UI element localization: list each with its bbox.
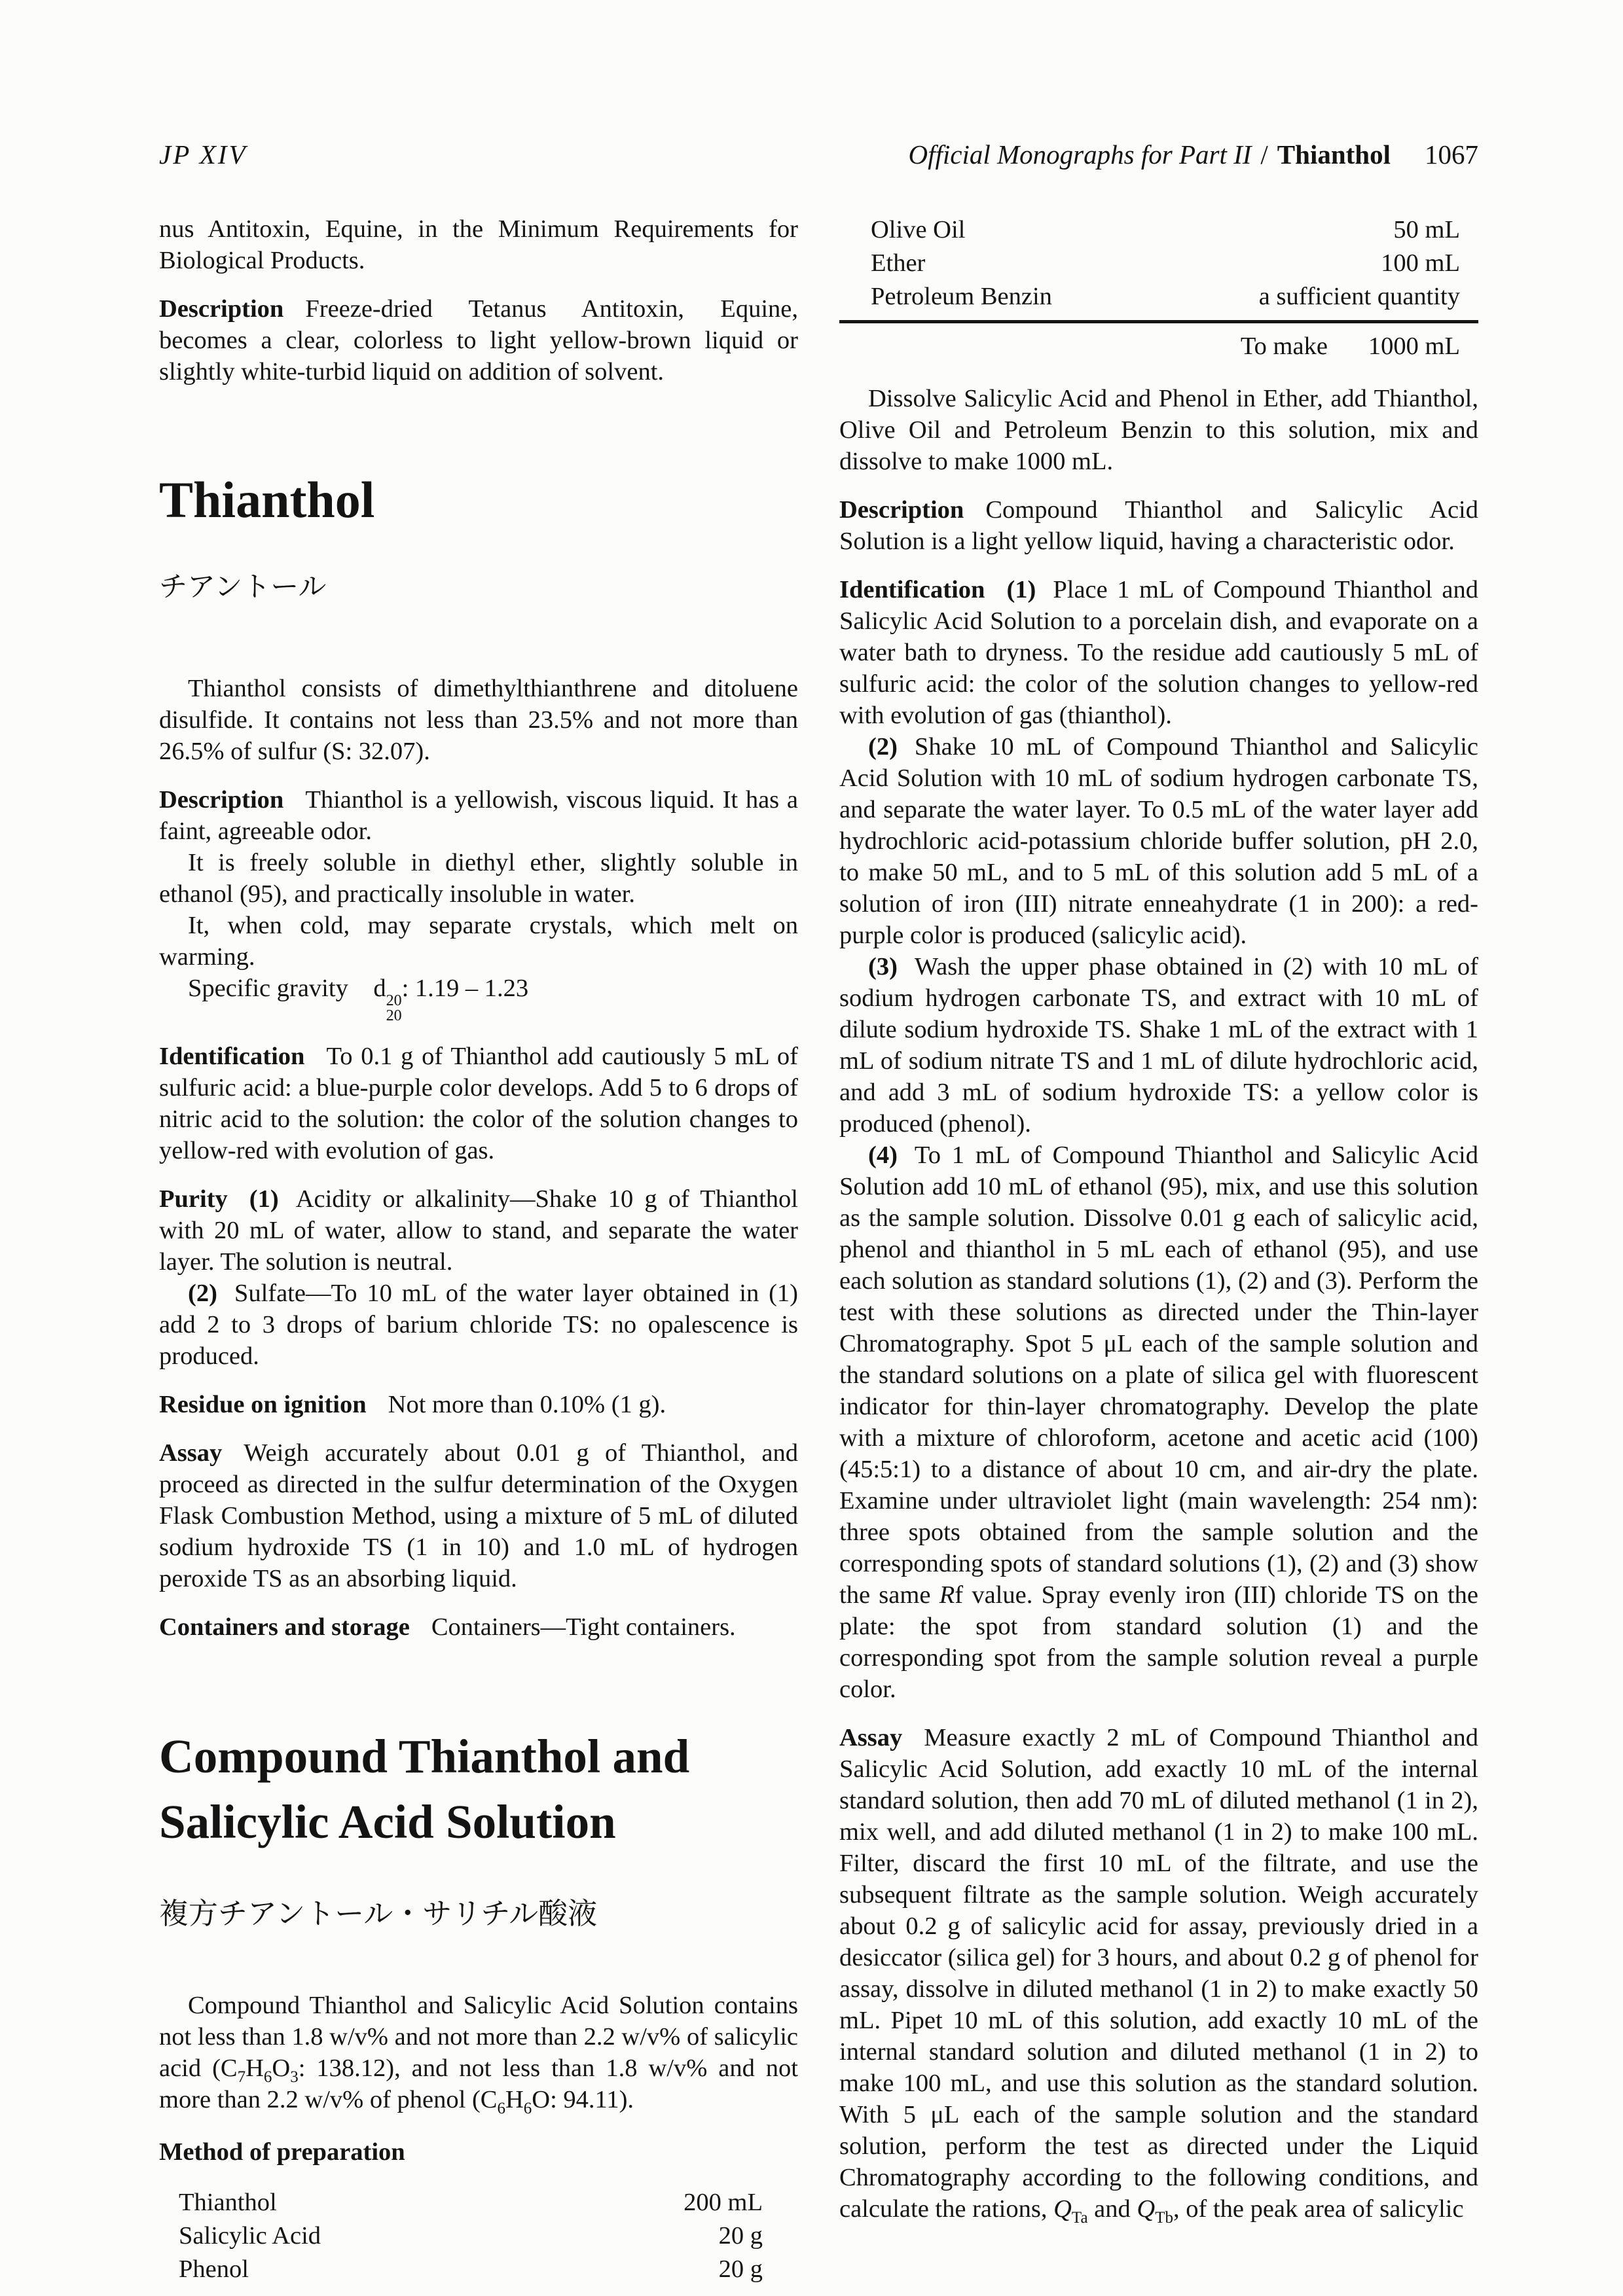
ingredient-name: Phenol	[159, 2253, 249, 2286]
to-make-label: To make	[1241, 330, 1328, 363]
running-title-text: Official Monographs for Part II	[909, 139, 1252, 170]
ingredient-name: Petroleum Benzin	[839, 280, 1052, 314]
continuation-paragraph: nus Antitoxin, Equine, in the Minimum Re…	[159, 213, 798, 276]
compound-description-section: DescriptionCompound Thianthol and Salicy…	[839, 494, 1478, 557]
section-text: Not more than 0.10% (1 g).	[388, 1391, 666, 1418]
thianthol-description-p2: It is freely soluble in diethyl ether, s…	[159, 847, 798, 910]
ingredient-row: Thianthol 200 mL	[159, 2186, 798, 2219]
dissolve-paragraph: Dissolve Salicylic Acid and Phenol in Et…	[839, 383, 1478, 477]
ingredient-quantity: 50 mL	[1393, 213, 1478, 247]
ingredient-row: Salicylic Acid 20 g	[159, 2219, 798, 2253]
section-label-assay: Assay	[839, 1724, 902, 1751]
tetanus-description-section: DescriptionFreeze-dried Tetanus Antitoxi…	[159, 293, 798, 387]
section-label-description: Description	[839, 496, 964, 524]
thianthol-identification-section: IdentificationTo 0.1 g of Thianthol add …	[159, 1041, 798, 1166]
section-label-assay: Assay	[159, 1439, 222, 1467]
ingredient-name: Olive Oil	[839, 213, 965, 247]
section-text: Weigh accurately about 0.01 g of Thianth…	[159, 1439, 798, 1592]
to-make-quantity: 1000 mL	[1368, 330, 1460, 363]
page-number: 1067	[1425, 139, 1478, 170]
residue-on-ignition-section: Residue on ignitionNot more than 0.10% (…	[159, 1389, 798, 1420]
section-text: Containers—Tight containers.	[431, 1613, 736, 1641]
thianthol-assay-section: AssayWeigh accurately about 0.01 g of Th…	[159, 1437, 798, 1594]
thianthol-description-section: DescriptionThianthol is a yellowish, vis…	[159, 784, 798, 847]
journal-edition: JP XIV	[159, 139, 247, 170]
ingredient-name: Thianthol	[159, 2186, 277, 2219]
identification-item-2: (2)Shake 10 mL of Compound Thianthol and…	[839, 731, 1478, 951]
specific-gravity-line: Specific gravity d2020: 1.19 – 1.23	[159, 973, 798, 1024]
column-left: nus Antitoxin, Equine, in the Minimum Re…	[159, 213, 798, 2286]
identification-item-1-number: (1)	[1006, 576, 1036, 603]
running-title: Official Monographs for Part II / Thiant…	[909, 139, 1478, 170]
monograph-title-thianthol: Thianthol	[159, 471, 798, 529]
containers-storage-section: Containers and storageContainers—Tight c…	[159, 1611, 798, 1643]
table-sum-rule	[839, 320, 1478, 323]
compound-identification-section: Identification(1)Place 1 mL of Compound …	[839, 574, 1478, 731]
ingredient-table-right: Olive Oil 50 mL Ether 100 mL Petroleum B…	[839, 213, 1478, 363]
section-label-containers: Containers and storage	[159, 1613, 410, 1641]
ingredient-name: Salicylic Acid	[159, 2219, 321, 2253]
purity-item-2-number: (2)	[188, 1280, 217, 1307]
ingredient-row: Phenol 20 g	[159, 2253, 798, 2286]
method-of-preparation-heading: Method of preparation	[159, 2136, 798, 2168]
section-label-identification: Identification	[159, 1043, 304, 1070]
ingredient-table-left: Thianthol 200 mL Salicylic Acid 20 g Phe…	[159, 2186, 798, 2286]
ingredient-quantity: 200 mL	[684, 2186, 798, 2219]
identification-item-4: (4)To 1 mL of Compound Thianthol and Sal…	[839, 1139, 1478, 1705]
compound-title-line2: Salicylic Acid Solution	[159, 1795, 616, 1848]
purity-item-1-number: (1)	[249, 1185, 279, 1213]
to-make-row: To make 1000 mL	[839, 330, 1478, 363]
identification-item-3: (3)Wash the upper phase obtained in (2) …	[839, 951, 1478, 1139]
section-label-residue: Residue on ignition	[159, 1391, 367, 1418]
ingredient-row: Olive Oil 50 mL	[839, 213, 1478, 247]
ingredient-quantity: a sufficient quantity	[1259, 280, 1478, 314]
section-label-description: Description	[159, 295, 283, 323]
page-header: JP XIV Official Monographs for Part II /…	[159, 139, 1478, 170]
monograph-page: JP XIV Official Monographs for Part II /…	[0, 0, 1623, 2296]
section-label-identification: Identification	[839, 576, 985, 603]
section-text: Measure exactly 2 mL of Compound Thianth…	[839, 1724, 1478, 2223]
running-title-monograph: Thianthol	[1277, 139, 1391, 170]
identification-item-3-number: (3)	[868, 953, 898, 980]
compound-assay-section: AssayMeasure exactly 2 mL of Compound Th…	[839, 1722, 1478, 2225]
ingredient-quantity: 100 mL	[1381, 247, 1478, 280]
identification-item-2-number: (2)	[868, 733, 898, 761]
ingredient-name: Ether	[839, 247, 925, 280]
ingredient-quantity: 20 g	[719, 2219, 798, 2253]
identification-item-4-text: To 1 mL of Compound Thianthol and Salicy…	[839, 1141, 1478, 1703]
monograph-title-compound: Compound Thianthol andSalicylic Acid Sol…	[159, 1724, 798, 1855]
monograph-title-compound-ja: 複方チアントール・サリチル酸液	[159, 1898, 798, 1929]
compound-title-line1: Compound Thianthol and	[159, 1730, 689, 1783]
monograph-title-thianthol-ja: チアントール	[159, 572, 798, 603]
running-title-separator: /	[1251, 139, 1277, 170]
purity-item-2-text: Sulfate—To 10 mL of the water layer obta…	[159, 1280, 798, 1370]
column-right: Olive Oil 50 mL Ether 100 mL Petroleum B…	[839, 213, 1478, 2225]
thianthol-intro-paragraph: Thianthol consists of dimethylthianthren…	[159, 673, 798, 767]
identification-item-4-number: (4)	[868, 1141, 898, 1169]
thianthol-description-p3: It, when cold, may separate crystals, wh…	[159, 910, 798, 973]
section-label-purity: Purity	[159, 1185, 228, 1213]
ingredient-row: Petroleum Benzin a sufficient quantity	[839, 280, 1478, 314]
thianthol-purity-section: Purity(1)Acidity or alkalinity—Shake 10 …	[159, 1183, 798, 1278]
purity-item-2: (2)Sulfate—To 10 mL of the water layer o…	[159, 1278, 798, 1372]
identification-item-3-text: Wash the upper phase obtained in (2) wit…	[839, 953, 1478, 1138]
section-label-description: Description	[159, 786, 283, 814]
identification-item-2-text: Shake 10 mL of Compound Thianthol and Sa…	[839, 733, 1478, 949]
ingredient-row: Ether 100 mL	[839, 247, 1478, 280]
compound-intro-paragraph: Compound Thianthol and Salicylic Acid So…	[159, 1990, 798, 2115]
ingredient-quantity: 20 g	[719, 2253, 798, 2286]
